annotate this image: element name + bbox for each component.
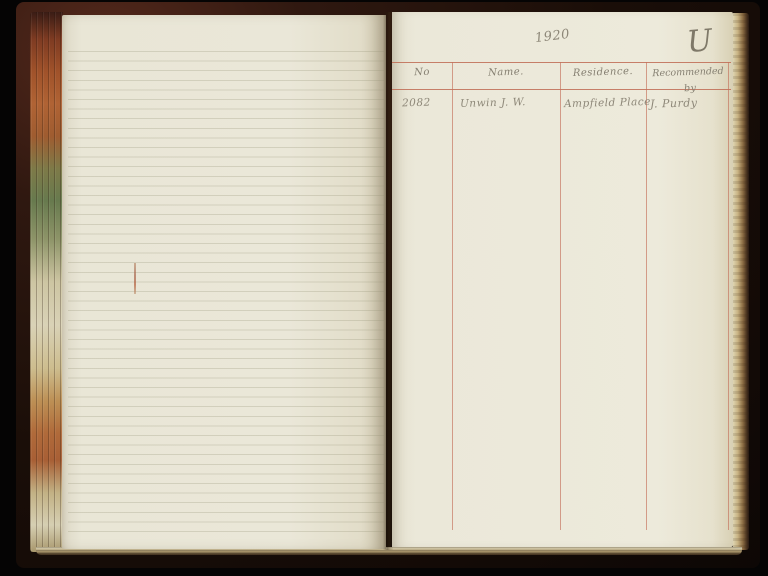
page-edges-right xyxy=(733,13,749,550)
entry-no: 2082 xyxy=(402,97,431,110)
index-letter: U xyxy=(686,23,715,60)
ledger-photograph: 1920 U No Name. Residence. Recommended b… xyxy=(0,0,768,576)
faint-ruled-lines xyxy=(68,51,384,533)
red-ink-mark xyxy=(134,263,136,294)
column-header-no: No xyxy=(392,66,452,79)
column-header-recommended-by-suffix: by xyxy=(684,83,697,95)
column-rule-no-name xyxy=(452,62,453,530)
header-bottom-rule xyxy=(392,89,731,90)
year-heading: 1920 xyxy=(534,27,571,46)
column-header-residence: Residence. xyxy=(560,66,646,80)
entry-residence: Ampfield Place xyxy=(564,96,651,110)
column-header-name: Name. xyxy=(452,65,560,80)
right-page: 1920 U No Name. Residence. Recommended b… xyxy=(392,12,733,547)
entry-name: Unwin J. W. xyxy=(460,96,526,110)
entry-recommended-by: J. Purdy xyxy=(650,96,698,110)
column-header-recommended: Recommended xyxy=(646,66,730,80)
table-top-rule xyxy=(392,62,731,63)
left-page xyxy=(62,15,386,549)
column-rule-residence-recommended xyxy=(646,62,647,530)
column-rule-name-residence xyxy=(560,62,561,530)
marbled-page-edges-left xyxy=(30,12,63,552)
right-margin-rule xyxy=(728,62,729,530)
